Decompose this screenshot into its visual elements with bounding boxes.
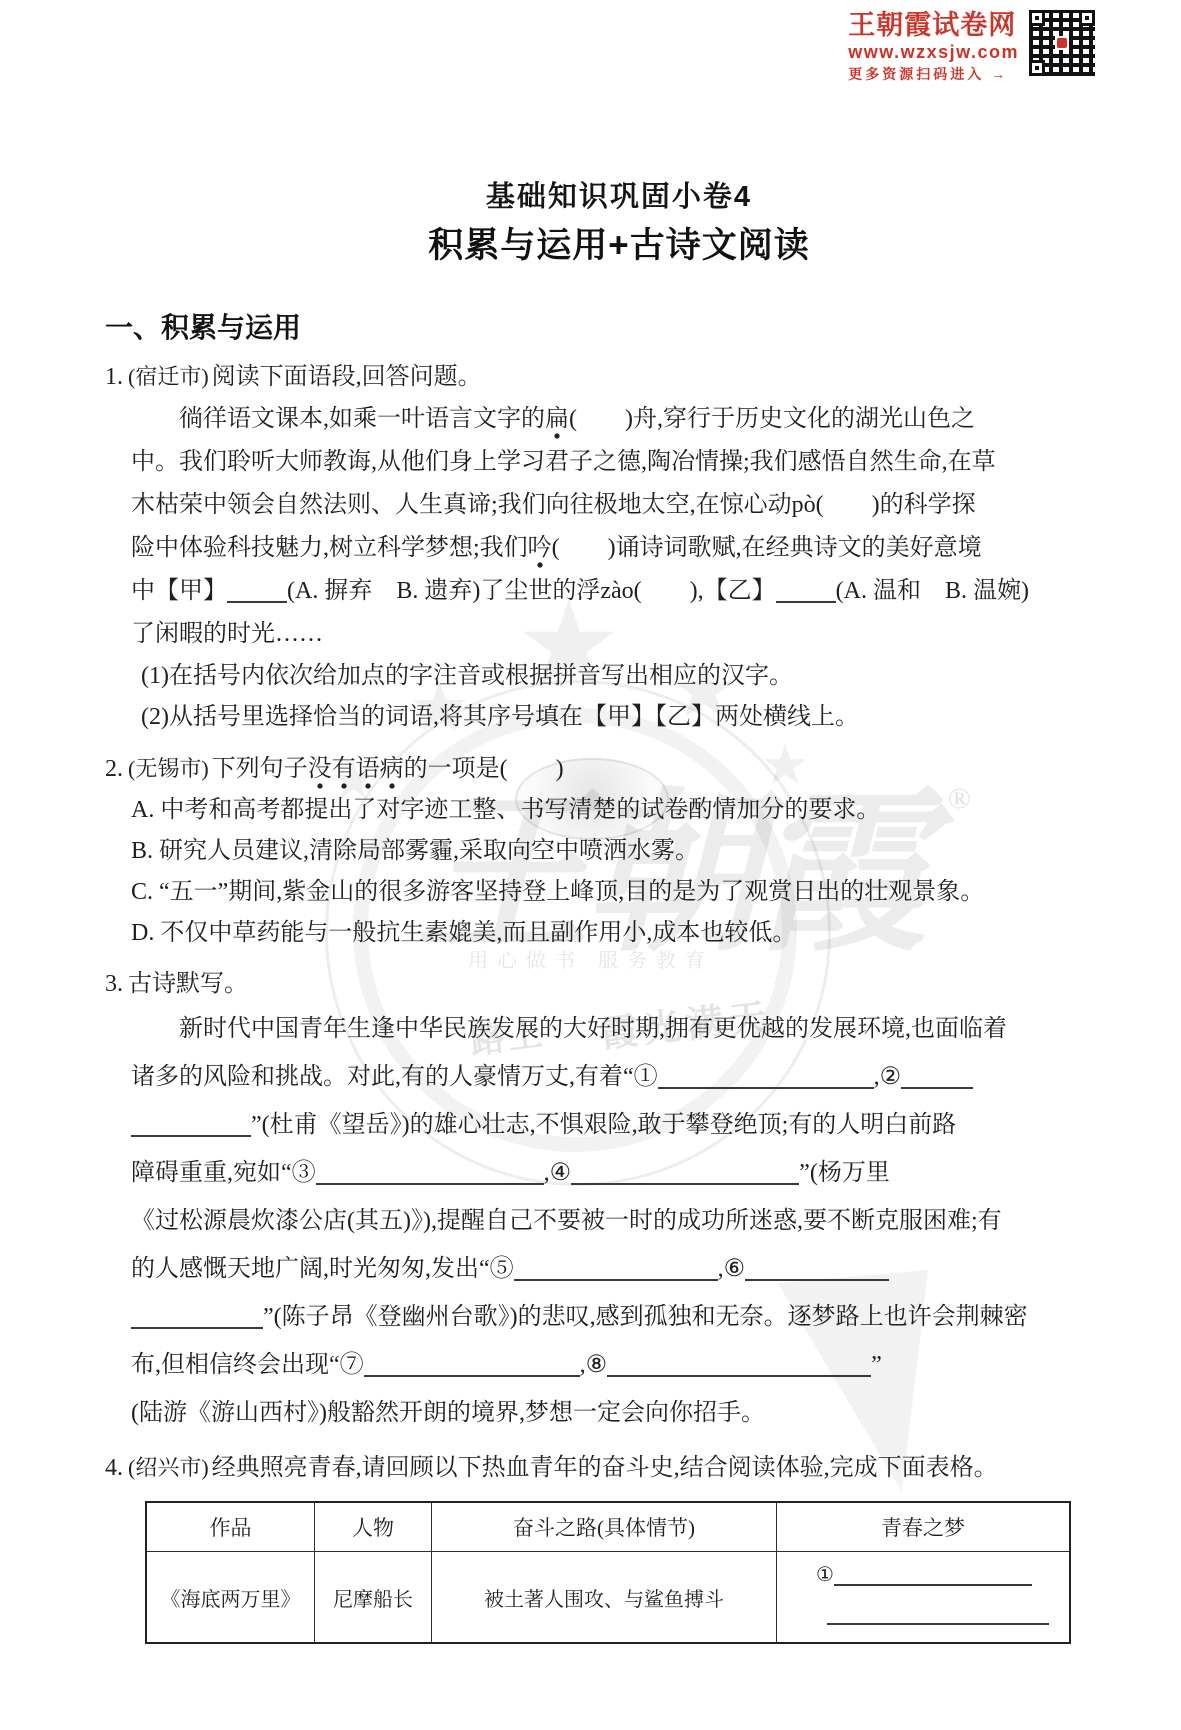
blank-underline [227,577,287,603]
blank-underline [131,1111,251,1137]
table-header-row: 作品 人物 奋斗之路(具体情节) 青春之梦 [146,1502,1070,1552]
dotted-emphasis-text: 吟 [528,535,552,569]
text-line: 3.古诗默写。 [105,964,1133,1005]
paper-content: 基础知识巩固小卷4 积累与运用+古诗文阅读 一、积累与运用 1.(宿迁市)阅读下… [0,180,1181,1644]
question-2-stem: 2.(无锡市)下列句子没有语病的一项是( ) [105,748,1133,790]
blank-underline [514,1255,718,1281]
text-line: (陆游《游山西村》)般豁然开朗的境界,梦想一定会向你招手。 [131,1389,1133,1437]
question-2-option-d: D. 不仅中草药能与一般抗生素媲美,而且副作用小,成本也较低。 [131,913,1133,954]
table-header-dream: 青春之梦 [777,1502,1071,1552]
text-line: 2.(无锡市)下列句子没有语病的一项是( ) [105,748,1133,790]
blank-underline [571,1159,799,1185]
qr-finder-icon [1079,10,1095,26]
text-line: ”(杜甫《望岳》)的雄心壮志,不惧艰险,敢于攀登绝顶;有的人明白前路 [131,1101,1133,1149]
blank-underline [607,1351,871,1377]
blank-underline [827,1603,1049,1625]
cell-plot: 被土著人围攻、与鲨鱼搏斗 [432,1552,777,1644]
question-source: (宿迁市) [128,364,209,389]
text-line: 布,但相信终会出现“⑦,⑧” [131,1341,1133,1389]
blank-underline [745,1255,889,1281]
text-line: 木枯荣中领会自然法则、人生真谛;我们向往极地太空,在惊心动pò( )的科学探 [131,484,1133,527]
paper-subtitle: 基础知识巩固小卷4 [105,180,1133,214]
question-2-option-c: C. “五一”期间,紫金山的很多游客坚持登上峰顶,目的是为了观赏日出的壮观景象。 [131,872,1133,913]
text-line: 中【甲】(A. 摒弃 B. 遗弃)了尘世的浮zào( ),【乙】(A. 温和 B… [131,570,1133,613]
blank-underline [131,1303,263,1329]
text-line: 诸多的风险和挑战。对此,有的人豪情万丈,有着“①,② [131,1053,1133,1101]
text-line: 徜徉语文课本,如乘一叶语言文字的扁( )舟,穿行于历史文化的湖光山色之 [131,398,1133,441]
qr-code [1029,10,1095,76]
question-number: 4. [105,1448,123,1489]
brand-name: 王朝霞试卷网 [848,10,1019,41]
qr-center-emblem-icon [1055,36,1069,50]
brand-url: www.wzxsjw.com [848,41,1019,64]
blank-underline [776,577,836,603]
text-line: 《过松源晨炊漆公店(其五)》),提醒自己不要被一时的成功所迷惑,要不断克服困难;… [131,1197,1133,1245]
text-line: 的人感慨天地广阔,时光匆匆,发出“⑤,⑥ [131,1245,1133,1293]
blank-underline [316,1159,544,1185]
answer-number: ① [816,1564,834,1586]
text-line: 1.(宿迁市)阅读下面语段,回答问题。 [105,356,1133,398]
question-source: (无锡市) [128,756,209,781]
dotted-emphasis-text: 没有语病 [308,756,404,790]
text-line: 障碍重重,宛如“③,④”(杨万里 [131,1149,1133,1197]
cell-work: 《海底两万里》 [146,1552,315,1644]
question-4-table: 作品 人物 奋斗之路(具体情节) 青春之梦 《海底两万里》 尼摩船长 被土著人围… [145,1501,1071,1644]
exam-page: { "colors": { "brand_red": "#cf3327", "t… [0,0,1181,1730]
paper-title: 积累与运用+古诗文阅读 [105,226,1133,266]
table-header-work: 作品 [146,1502,315,1552]
table-header-plot: 奋斗之路(具体情节) [432,1502,777,1552]
question-1-passage: 徜徉语文课本,如乘一叶语言文字的扁( )舟,穿行于历史文化的湖光山色之中。我们聆… [131,398,1133,656]
text-line: 险中体验科技魅力,树立科学梦想;我们吟( )诵诗词歌赋,在经典诗文的美好意境 [131,527,1133,570]
brand-header: 王朝霞试卷网 www.wzxsjw.com 更多资源扫码进入 → [848,10,1095,84]
question-number: 1. [105,357,123,398]
blank-underline [364,1351,580,1377]
text-line: ”(陈子昂《登幽州台歌》)的悲叹,感到孤独和无奈。逐梦路上也许会荆棘密 [131,1293,1133,1341]
blank-underline [834,1564,1032,1586]
question-2-option-a: A. 中考和高考都提出了对字迹工整、书写清楚的试卷酌情加分的要求。 [131,790,1133,831]
answer-line [819,1603,1057,1626]
question-3-passage: 新时代中国青年生逢中华民族发展的大好时期,拥有更优越的发展环境,也面临着诸多的风… [131,1005,1133,1437]
text-line: 中。我们聆听大师教诲,从他们身上学习君子之德,陶冶情操;我们感悟自然生命,在草 [131,441,1133,484]
question-1-stem: 1.(宿迁市)阅读下面语段,回答问题。 [105,356,1133,398]
table-header-character: 人物 [315,1502,432,1552]
question-3-stem: 3.古诗默写。 [105,964,1133,1005]
brand-tagline: 更多资源扫码进入 → [848,64,1019,84]
question-source: (绍兴市) [128,1455,209,1480]
question-number: 2. [105,749,123,790]
text-line: 新时代中国青年生逢中华民族发展的大好时期,拥有更优越的发展环境,也面临着 [131,1005,1133,1053]
table-row: 《海底两万里》 尼摩船长 被土著人围攻、与鲨鱼搏斗 ① [146,1552,1070,1644]
dotted-emphasis-text: 扁 [545,406,569,440]
blank-underline [901,1063,973,1089]
blank-underline [658,1063,874,1089]
answer-line: ① [791,1562,1057,1587]
text-line: 了闲暇的时光…… [131,613,1133,656]
question-1-sub-1: (1)在括号内依次给加点的字注音或根据拼音写出相应的汉字。 [141,656,1133,697]
question-4-stem: 4.(绍兴市)经典照亮青春,请回顾以下热血青年的奋斗史,结合阅读体验,完成下面表… [105,1447,1133,1489]
question-1-sub-2: (2)从括号里选择恰当的词语,将其序号填在【甲】【乙】两处横线上。 [141,697,1133,738]
qr-finder-icon [1029,10,1045,26]
text-line: 4.(绍兴市)经典照亮青春,请回顾以下热血青年的奋斗史,结合阅读体验,完成下面表… [105,1447,1133,1489]
section-heading: 一、积累与运用 [105,310,1133,346]
cell-character: 尼摩船长 [315,1552,432,1644]
cell-answer: ① [777,1552,1071,1644]
qr-finder-icon [1029,60,1045,76]
question-2-option-b: B. 研究人员建议,清除局部雾霾,采取向空中喷洒水雾。 [131,831,1133,872]
question-number: 3. [105,964,123,1005]
